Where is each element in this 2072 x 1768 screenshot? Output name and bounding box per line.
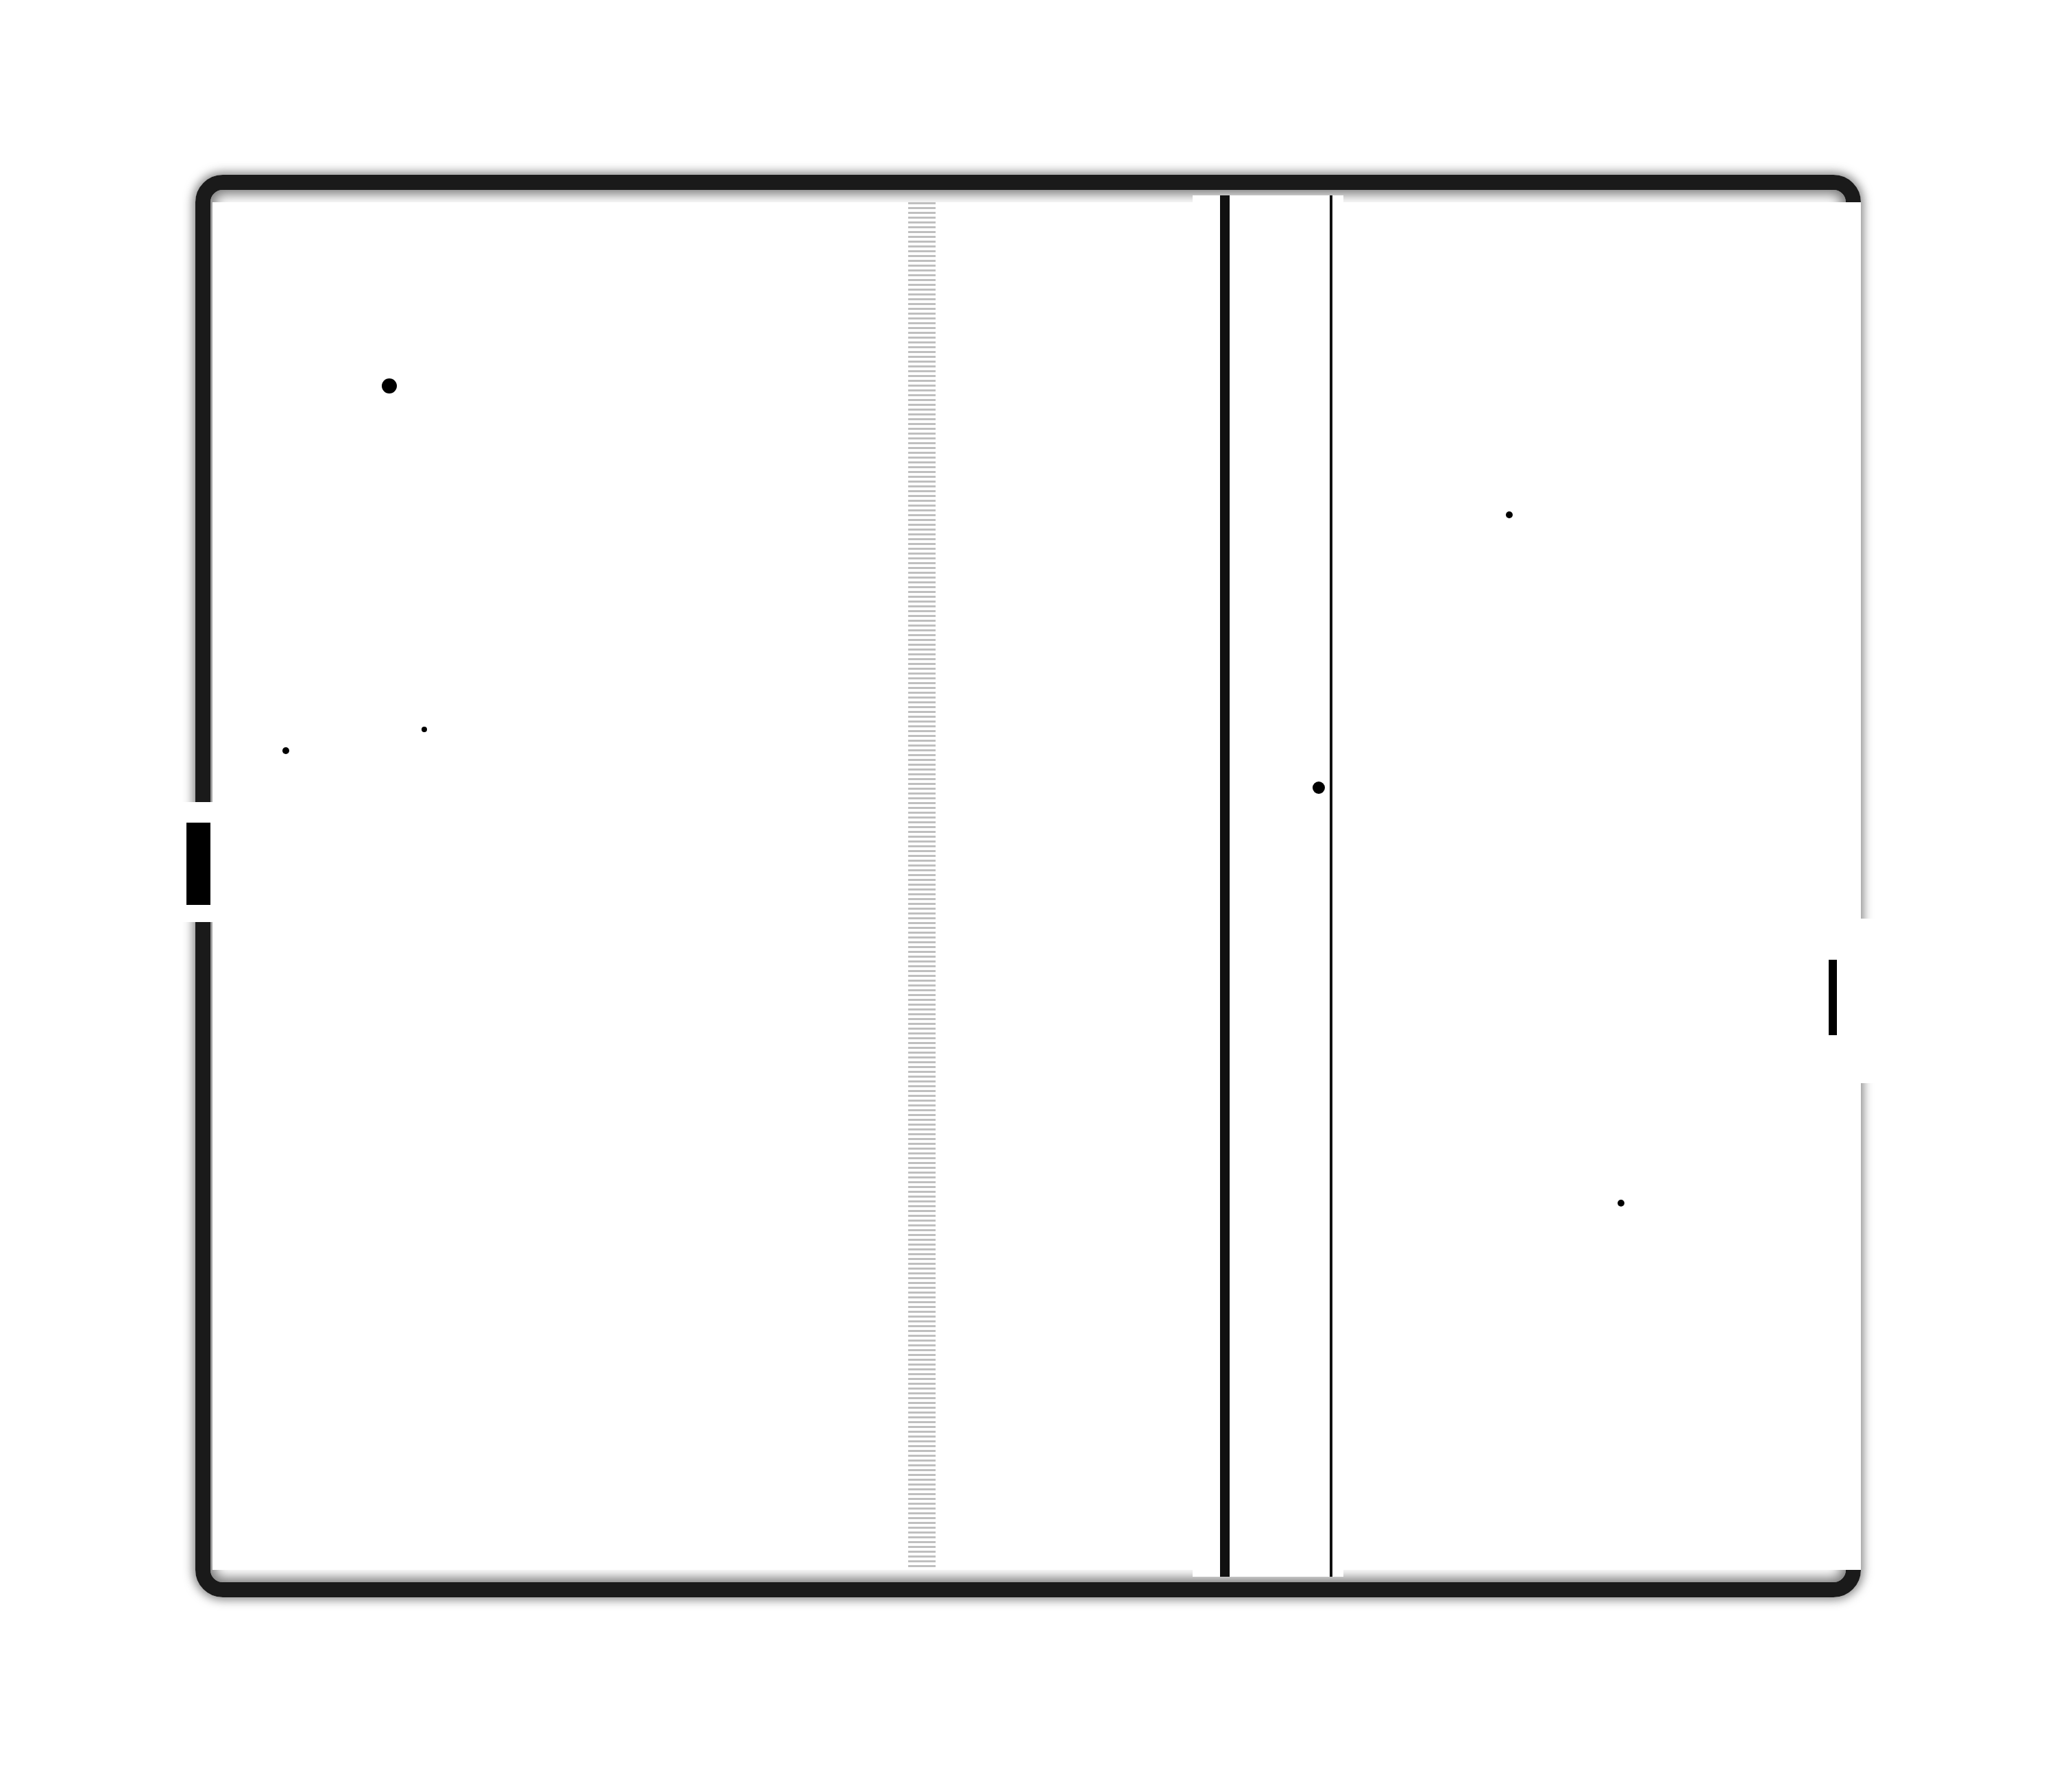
book-spine	[1193, 195, 1343, 1577]
speck	[282, 747, 289, 754]
speck	[1618, 1200, 1624, 1207]
speck	[422, 727, 427, 732]
left-page	[212, 202, 1206, 1570]
open-book-scan	[195, 175, 1861, 1597]
right-page	[1333, 202, 1861, 1570]
left-gutter-bleed	[908, 202, 936, 1570]
speck	[382, 378, 397, 393]
speck	[1506, 511, 1513, 518]
speck	[1313, 782, 1325, 794]
right-edge-mark	[1829, 960, 1837, 1035]
left-edge-mark	[186, 823, 210, 905]
